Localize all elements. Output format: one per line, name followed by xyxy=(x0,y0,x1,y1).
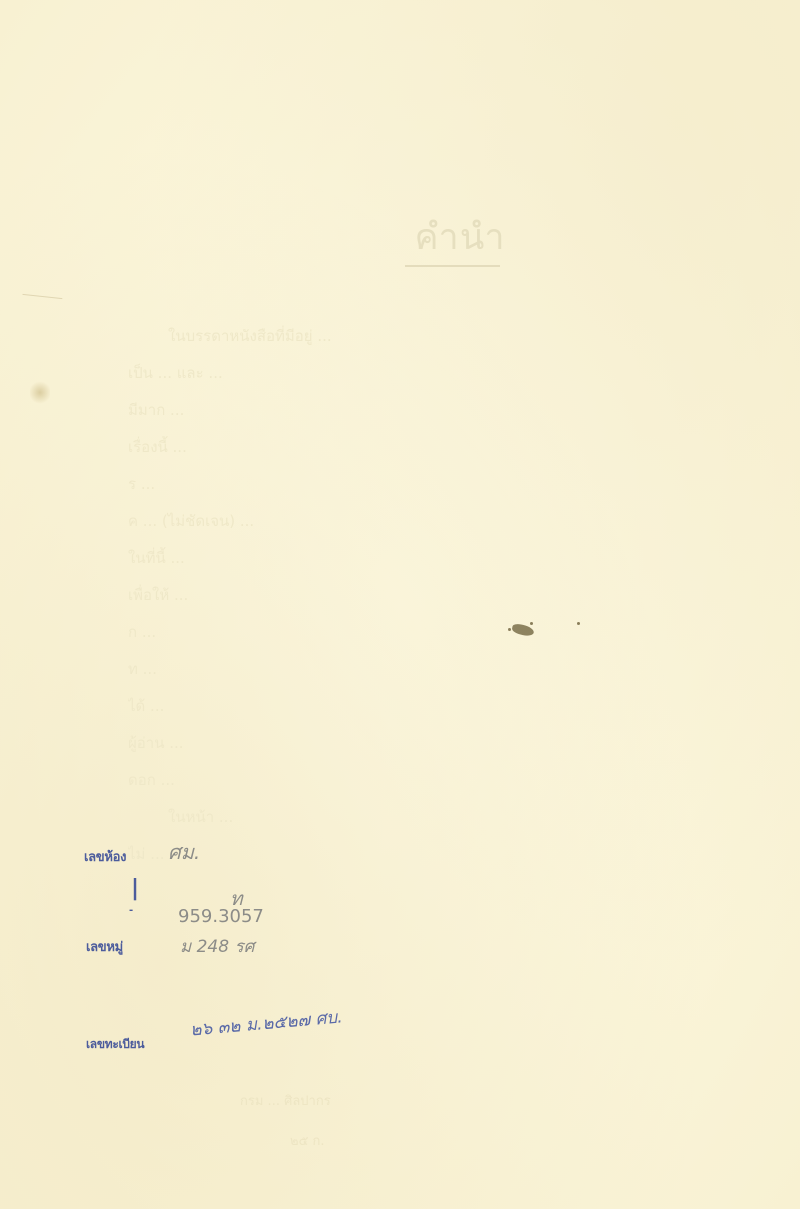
title-underline xyxy=(405,265,500,267)
ink-dot xyxy=(530,622,533,625)
ink-dot xyxy=(577,622,580,625)
category-label: เลขหมู่ xyxy=(86,936,123,957)
body-line: ในที่นี้ ... xyxy=(128,540,688,577)
faded-body-text: ในบรรดาหนังสือที่มีอยู่ ... เป็น ... และ… xyxy=(128,318,688,873)
stamp-mark: - xyxy=(129,905,133,916)
registration-value: ๒๖ ๓๒ ม.๒๕๒๗ ศบ. xyxy=(189,1003,343,1043)
stamp-mark: | xyxy=(131,876,139,901)
faded-footer-line: กรม ... ศิลปากร xyxy=(240,1090,331,1111)
body-line: ร ... xyxy=(128,466,688,503)
page-title: คำนำ xyxy=(395,208,525,265)
body-line: ในบรรดาหนังสือที่มีอยู่ ... xyxy=(128,318,688,355)
body-line: ในหน้า ... xyxy=(128,799,688,836)
category-cutter: ม 248 รศ xyxy=(180,933,254,960)
body-line: ดอก ... xyxy=(128,762,688,799)
body-line: ก ... xyxy=(128,614,688,651)
body-line: เรื่องนี้ ... xyxy=(128,429,688,466)
body-line: มีมาก ... xyxy=(128,392,688,429)
room-number-value: ศม. xyxy=(168,836,200,868)
faded-footer-line: ๒๕ ก. xyxy=(290,1130,325,1151)
registration-label: เลขทะเบียน xyxy=(86,1035,144,1054)
document-page: คำนำ ในบรรดาหนังสือที่มีอยู่ ... เป็น ..… xyxy=(0,0,800,1209)
body-line: เพื่อให้ ... xyxy=(128,577,688,614)
body-line: ไม่ ... xyxy=(128,836,688,873)
ink-dot xyxy=(508,628,511,631)
room-number-label: เลขห้อง xyxy=(84,846,126,867)
body-line: ค ... (ไม่ชัดเจน) ... xyxy=(128,503,688,540)
body-line: เป็น ... และ ... xyxy=(128,355,688,392)
paper-stain xyxy=(30,380,50,405)
category-number: 959.3057 xyxy=(178,906,264,927)
body-line: ได้ ... xyxy=(128,688,688,725)
paper-crease xyxy=(22,294,63,307)
body-line: ท ... xyxy=(128,651,688,688)
body-line: ผู้อ่าน ... xyxy=(128,725,688,762)
